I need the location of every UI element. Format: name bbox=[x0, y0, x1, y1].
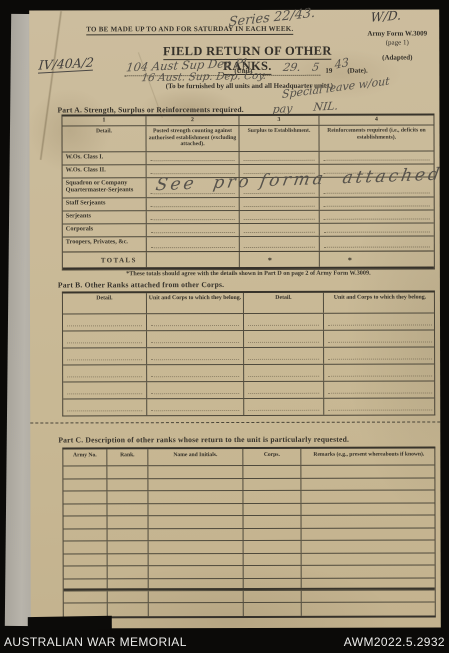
empty-cell bbox=[106, 491, 147, 503]
part-a-header: Surplus to Establishment. bbox=[238, 126, 318, 151]
totals-asterisk: * bbox=[319, 251, 434, 266]
empty-cell bbox=[300, 490, 436, 502]
empty-cell bbox=[319, 223, 434, 235]
empty-cell bbox=[107, 541, 148, 553]
empty-cell bbox=[243, 314, 323, 330]
col-number: 4 bbox=[318, 115, 433, 124]
empty-cell bbox=[243, 382, 323, 398]
part-a-number-row: 1 2 3 4 bbox=[62, 115, 433, 125]
row-label: Staff Serjeants bbox=[63, 198, 146, 210]
empty-cell bbox=[64, 579, 107, 589]
part-c-row bbox=[64, 601, 435, 616]
part-a-totals-row: TOTALS * * bbox=[63, 250, 434, 269]
empty-cell bbox=[146, 331, 243, 347]
empty-cell bbox=[146, 365, 243, 381]
row-label: W.Os. Class II. bbox=[63, 165, 146, 177]
empty-cell bbox=[148, 516, 243, 528]
empty-cell bbox=[242, 466, 300, 478]
empty-cell bbox=[300, 465, 436, 477]
empty-cell bbox=[107, 516, 148, 528]
empty-cell bbox=[63, 491, 106, 503]
empty-cell bbox=[243, 399, 323, 415]
part-c-row bbox=[64, 589, 435, 602]
handwritten-file-ref: IV/40A/2 bbox=[38, 54, 95, 73]
row-label: Squadron or Company Quartermaster-Serjea… bbox=[63, 178, 146, 197]
archive-item-id: AWM2022.5.2932 bbox=[344, 635, 445, 649]
paper-crease bbox=[39, 11, 62, 160]
empty-cell bbox=[147, 466, 242, 478]
part-a-footnote: *These totals should agree with the deta… bbox=[62, 269, 435, 277]
col-number: 3 bbox=[238, 116, 318, 125]
part-c-header: Corps. bbox=[242, 449, 300, 465]
empty-cell bbox=[146, 237, 239, 251]
part-a-row: Staff Serjeants bbox=[63, 196, 434, 210]
part-a-header: Posted strength counting against authori… bbox=[145, 126, 238, 151]
handwritten-leave-note-1: Special leave w/out bbox=[282, 74, 390, 101]
row-label: Troopers, Privates, &c. bbox=[63, 237, 146, 251]
empty-cell bbox=[106, 479, 147, 491]
totals-label: TOTALS bbox=[63, 252, 146, 267]
part-c-row bbox=[64, 527, 435, 540]
archive-name: AUSTRALIAN WAR MEMORIAL bbox=[4, 635, 187, 649]
part-c-row bbox=[63, 464, 434, 477]
part-c-header: Army No. bbox=[63, 449, 106, 465]
empty-cell bbox=[63, 382, 146, 398]
empty-cell bbox=[323, 364, 436, 380]
part-a-title: Part A. Strength, Surplus or Reinforceme… bbox=[57, 105, 243, 114]
empty-cell bbox=[64, 541, 107, 553]
empty-cell bbox=[323, 313, 436, 329]
empty-cell bbox=[106, 466, 147, 478]
empty-cell bbox=[319, 151, 434, 163]
empty-cell bbox=[106, 504, 147, 516]
empty-cell bbox=[319, 236, 434, 250]
empty-cell bbox=[148, 591, 243, 602]
date-write-line bbox=[262, 75, 320, 76]
part-c-row bbox=[64, 539, 435, 552]
empty-cell bbox=[239, 152, 319, 164]
part-c-row bbox=[63, 477, 434, 490]
empty-cell bbox=[146, 252, 239, 267]
empty-cell bbox=[300, 503, 436, 515]
empty-cell bbox=[242, 491, 300, 503]
row-label: Serjeants bbox=[63, 211, 146, 223]
empty-cell bbox=[243, 331, 323, 347]
empty-cell bbox=[107, 591, 148, 602]
part-c-row bbox=[64, 577, 435, 590]
empty-cell bbox=[107, 603, 148, 616]
empty-cell bbox=[63, 348, 146, 364]
part-b-header: Detail. bbox=[243, 293, 323, 313]
archive-footer: AUSTRALIAN WAR MEMORIAL AWM2022.5.2932 bbox=[0, 630, 449, 653]
empty-cell bbox=[300, 478, 436, 490]
empty-cell bbox=[243, 566, 301, 578]
form-number-block: Army Form W.3009 (page 1) (Adapted) bbox=[349, 29, 445, 63]
corner-shadow bbox=[28, 616, 112, 631]
empty-cell bbox=[323, 330, 436, 346]
part-a-row: Serjeants bbox=[63, 209, 434, 223]
empty-cell bbox=[64, 603, 107, 616]
part-b-header-row: Detail. Unit and Corps to which they bel… bbox=[63, 292, 434, 313]
empty-cell bbox=[64, 554, 107, 566]
empty-cell bbox=[239, 224, 319, 236]
empty-cell bbox=[146, 348, 243, 364]
part-b-row bbox=[63, 380, 434, 398]
empty-cell bbox=[243, 528, 301, 540]
handwritten-date-day: 29. bbox=[282, 61, 302, 74]
empty-cell bbox=[63, 314, 146, 330]
part-b-row bbox=[63, 363, 434, 381]
part-c-row bbox=[64, 514, 435, 527]
empty-cell bbox=[146, 198, 239, 210]
part-c-header-row: Army No. Rank. Name and Initials. Corps.… bbox=[63, 448, 434, 465]
part-b-table: Detail. Unit and Corps to which they bel… bbox=[62, 290, 435, 416]
empty-cell bbox=[301, 540, 437, 552]
part-b-title: Part B. Other Ranks attached from other … bbox=[58, 280, 224, 289]
empty-cell bbox=[323, 398, 436, 414]
part-a-row: W.Os. Class I. bbox=[63, 150, 434, 164]
part-a-row: Corporals bbox=[63, 222, 434, 236]
form-page: TO BE MADE UP TO AND FOR SATURDAY IN EAC… bbox=[29, 9, 441, 628]
empty-cell bbox=[239, 237, 319, 251]
empty-cell bbox=[107, 529, 148, 541]
part-c-title: Part C. Description of other ranks whose… bbox=[58, 435, 349, 445]
empty-cell bbox=[146, 224, 239, 236]
part-b-row bbox=[63, 397, 434, 415]
empty-cell bbox=[147, 478, 242, 490]
empty-cell bbox=[243, 365, 323, 381]
empty-cell bbox=[239, 211, 319, 223]
empty-cell bbox=[107, 579, 148, 589]
empty-cell bbox=[301, 515, 437, 527]
part-b-header: Unit and Corps to which they belong. bbox=[146, 293, 243, 313]
empty-cell bbox=[64, 516, 107, 528]
empty-cell bbox=[146, 399, 243, 415]
part-a-row: Troopers, Privates, &c. bbox=[63, 235, 434, 251]
empty-cell bbox=[64, 566, 107, 578]
empty-cell bbox=[242, 503, 300, 515]
part-c-row bbox=[64, 552, 435, 565]
empty-cell bbox=[63, 399, 146, 415]
part-a-header: Reinforcements required (i.e., deficits … bbox=[318, 125, 433, 150]
part-b-header: Unit and Corps to which they belong. bbox=[323, 292, 436, 312]
empty-cell bbox=[319, 197, 434, 209]
empty-cell bbox=[147, 503, 242, 515]
empty-cell bbox=[148, 541, 243, 553]
date-label: (Date). bbox=[347, 67, 367, 75]
part-b-row bbox=[63, 312, 434, 330]
empty-cell bbox=[323, 381, 436, 397]
empty-cell bbox=[243, 348, 323, 364]
empty-cell bbox=[148, 528, 243, 540]
part-a-header-row: Detail. Posted strength counting against… bbox=[62, 124, 433, 151]
empty-cell bbox=[148, 603, 243, 616]
empty-cell bbox=[301, 565, 437, 577]
part-a-table: 1 2 3 4 Detail. Posted strength counting… bbox=[61, 113, 434, 270]
part-c-header: Remarks (e.g., present whereabouts if kn… bbox=[300, 448, 436, 464]
part-b-header: Detail. bbox=[63, 293, 146, 313]
empty-cell bbox=[146, 314, 243, 330]
empty-cell bbox=[243, 553, 301, 565]
empty-cell bbox=[63, 365, 146, 381]
row-label: Corporals bbox=[63, 224, 146, 236]
empty-cell bbox=[301, 528, 437, 540]
empty-cell bbox=[63, 479, 106, 491]
empty-cell bbox=[239, 198, 319, 210]
empty-cell bbox=[243, 578, 301, 588]
row-label: W.Os. Class I. bbox=[63, 152, 146, 164]
empty-cell bbox=[243, 541, 301, 553]
empty-cell bbox=[242, 478, 300, 490]
empty-cell bbox=[243, 516, 301, 528]
part-b-row bbox=[63, 329, 434, 347]
form-adapted-note: (Adapted) bbox=[349, 53, 445, 63]
empty-cell bbox=[64, 591, 107, 602]
form-number: Army Form W.3009 bbox=[349, 29, 445, 39]
empty-cell bbox=[243, 603, 301, 616]
part-a-header: Detail. bbox=[62, 126, 145, 151]
empty-cell bbox=[319, 210, 434, 222]
printed-year: 19 bbox=[325, 67, 332, 75]
empty-cell bbox=[243, 591, 301, 602]
totals-asterisk: * bbox=[239, 252, 319, 267]
scanned-document: TO BE MADE UP TO AND FOR SATURDAY IN EAC… bbox=[0, 0, 449, 653]
empty-cell bbox=[63, 504, 106, 516]
empty-cell bbox=[148, 566, 243, 578]
form-page-note: (page 1) bbox=[349, 39, 445, 49]
empty-cell bbox=[107, 554, 148, 566]
empty-cell bbox=[63, 331, 146, 347]
empty-cell bbox=[147, 491, 242, 503]
empty-cell bbox=[301, 553, 437, 565]
part-c-row bbox=[63, 502, 434, 515]
part-c-header: Name and Initials. bbox=[147, 449, 242, 465]
empty-cell bbox=[301, 578, 437, 588]
empty-cell bbox=[64, 529, 107, 541]
empty-cell bbox=[146, 152, 239, 164]
col-number: 2 bbox=[145, 116, 238, 125]
part-c-header: Rank. bbox=[106, 449, 147, 465]
empty-cell bbox=[146, 382, 243, 398]
handwritten-wd: W/D. bbox=[370, 7, 402, 24]
perforation-line bbox=[30, 421, 440, 423]
part-c-row bbox=[63, 489, 434, 502]
empty-cell bbox=[63, 466, 106, 478]
empty-cell bbox=[148, 553, 243, 565]
empty-cell bbox=[323, 347, 436, 363]
empty-cell bbox=[148, 578, 243, 588]
empty-cell bbox=[107, 566, 148, 578]
part-b-row bbox=[63, 346, 434, 364]
col-number: 1 bbox=[62, 116, 145, 125]
empty-cell bbox=[146, 211, 239, 223]
part-c-table: Army No. Rank. Name and Initials. Corps.… bbox=[62, 446, 435, 618]
empty-cell bbox=[301, 602, 437, 615]
part-c-row bbox=[64, 564, 435, 577]
empty-cell bbox=[301, 590, 437, 601]
